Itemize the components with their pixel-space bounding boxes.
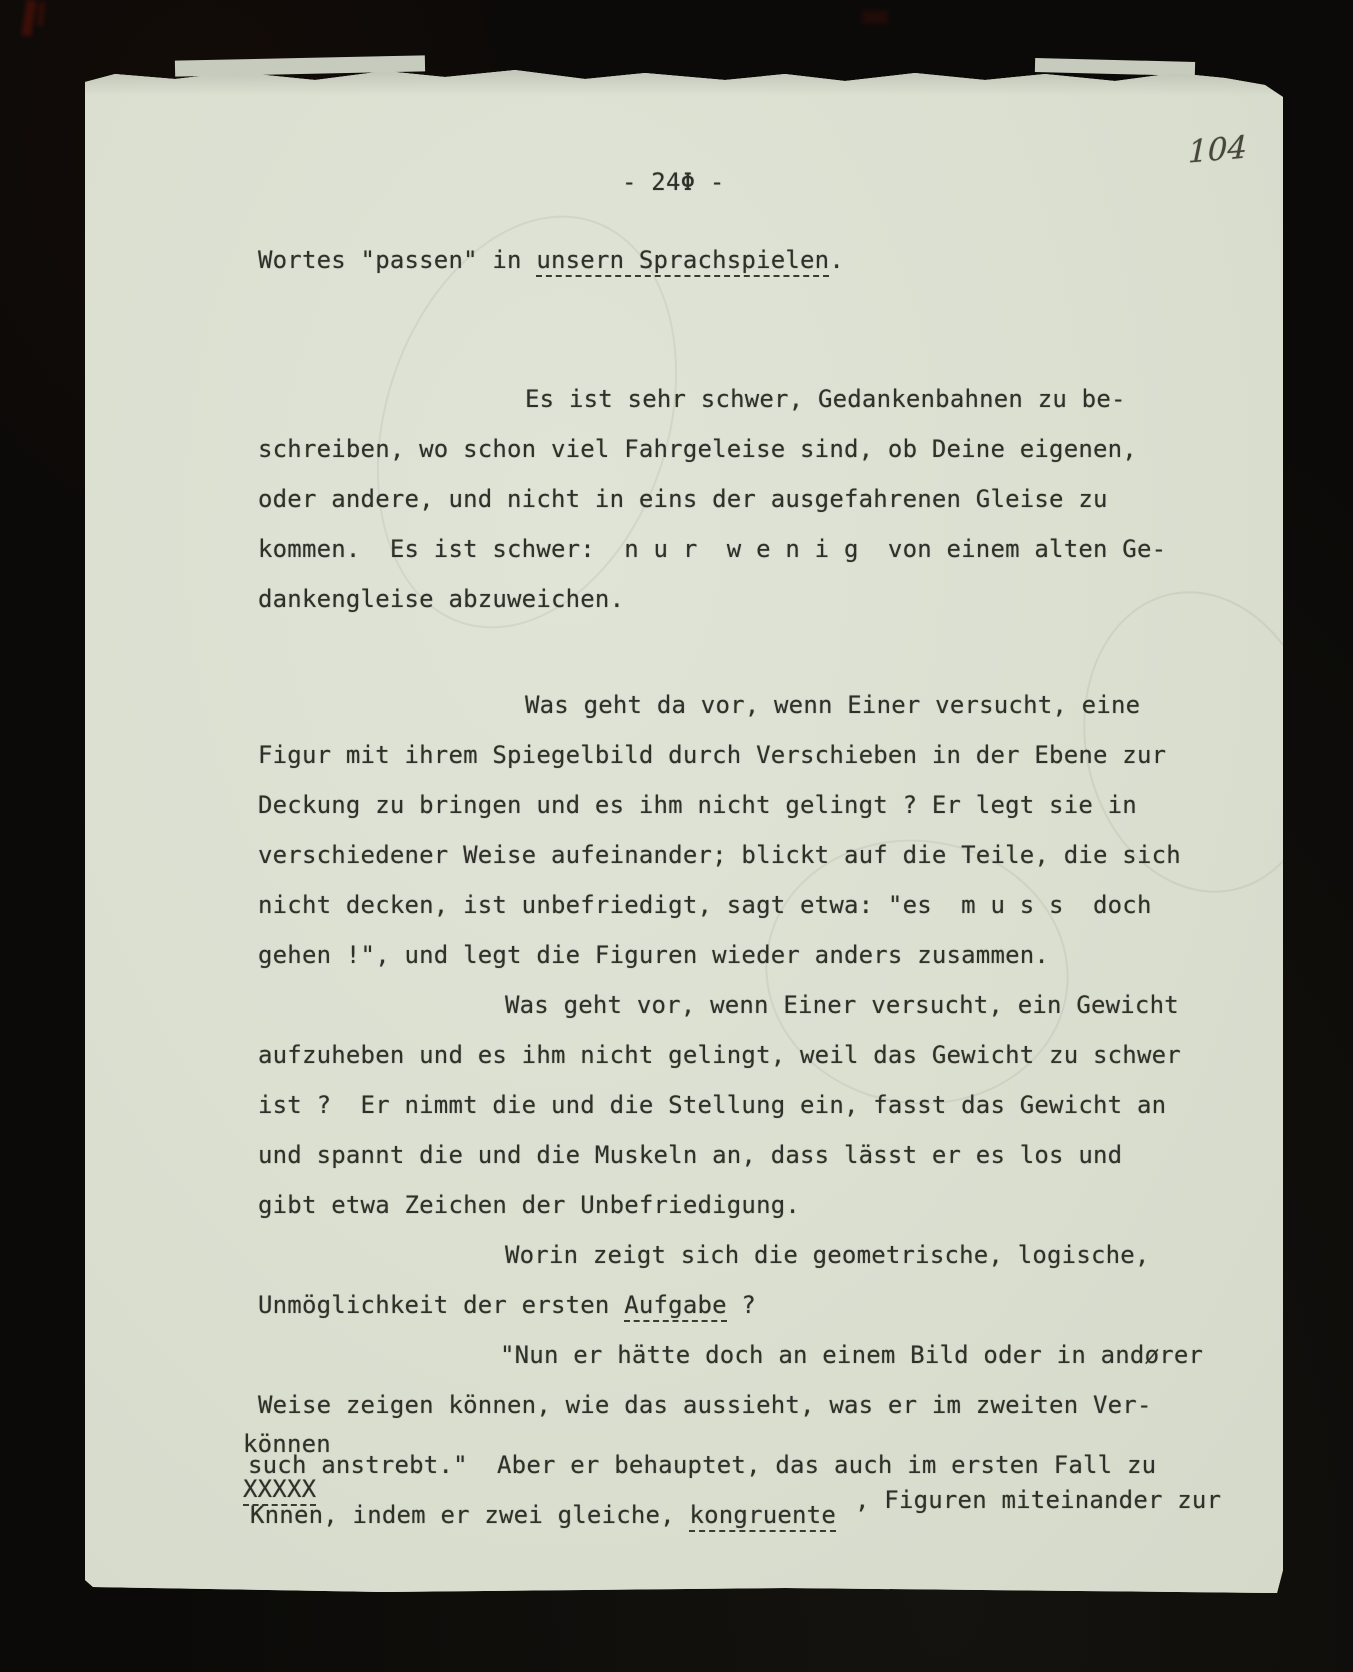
- typed-line: such anstrebt." Aber er behauptet, das a…: [248, 1453, 1156, 1477]
- typed-line: Was geht vor, wenn Einer versucht, ein G…: [505, 993, 1179, 1017]
- text-segment: gehen !", und legt die Figuren wieder an…: [258, 941, 1049, 969]
- typed-line: Was geht da vor, wenn Einer versucht, ei…: [525, 693, 1140, 717]
- typed-line: gehen !", und legt die Figuren wieder an…: [258, 943, 1049, 967]
- text-segment: Weise zeigen können, wie das aussieht, w…: [258, 1391, 1152, 1419]
- text-segment: such anstrebt." Aber er behauptet, das a…: [248, 1451, 1156, 1479]
- typed-line: Unmöglichkeit der ersten Aufgabe ?: [258, 1293, 756, 1317]
- typed-line: , Figuren miteinander zur: [855, 1488, 1221, 1512]
- typed-line: Weise zeigen können, wie das aussieht, w…: [258, 1393, 1152, 1417]
- typed-line: oder andere, und nicht in eins der ausge…: [258, 487, 1108, 511]
- text-segment: - 24Φ -: [622, 168, 725, 196]
- red-smudge: [862, 10, 888, 24]
- text-segment: Unmöglichkeit der ersten: [258, 1291, 624, 1319]
- text-segment: dankengleise abzuweichen.: [258, 585, 624, 613]
- typed-line: Figur mit ihrem Spiegelbild durch Versch…: [258, 743, 1166, 767]
- text-segment: aufzuheben und es ihm nicht gelingt, wei…: [258, 1041, 1181, 1069]
- typed-line: dankengleise abzuweichen.: [258, 587, 624, 611]
- typed-line: Wortes "passen" in unsern Sprachspielen.: [258, 248, 844, 272]
- underlined-text: kongruente: [689, 1501, 836, 1532]
- underlined-text: unsern Sprachspielen: [536, 246, 829, 277]
- text-segment: kommen. Es ist schwer: n u r w e n i g v…: [258, 535, 1166, 563]
- typed-line: kommen. Es ist schwer: n u r w e n i g v…: [258, 537, 1166, 561]
- text-segment: , Figuren miteinander zur: [855, 1486, 1221, 1514]
- typed-line: und spannt die und die Muskeln an, dass …: [258, 1143, 1122, 1167]
- text-segment: Worin zeigt sich die geometrische, logis…: [505, 1241, 1150, 1269]
- text-segment: oder andere, und nicht in eins der ausge…: [258, 485, 1108, 513]
- typed-line: schreiben, wo schon viel Fahrgeleise sin…: [258, 437, 1137, 461]
- text-segment: Knnen, indem er zwei gleiche,: [250, 1501, 689, 1529]
- text-segment: gibt etwa Zeichen der Unbefriedigung.: [258, 1191, 800, 1219]
- typed-line: Knnen, indem er zwei gleiche, kongruente: [250, 1503, 836, 1527]
- text-segment: und spannt die und die Muskeln an, dass …: [258, 1141, 1122, 1169]
- text-segment: Figur mit ihrem Spiegelbild durch Versch…: [258, 741, 1166, 769]
- typed-line: nicht decken, ist unbefriedigt, sagt etw…: [258, 893, 1152, 917]
- typed-strikeout: XXXXX: [243, 1477, 316, 1501]
- typed-line: verschiedener Weise aufeinander; blickt …: [258, 843, 1181, 867]
- text-segment: Deckung zu bringen und es ihm nicht geli…: [258, 791, 1137, 819]
- text-segment: ist ? Er nimmt die und die Stellung ein,…: [258, 1091, 1166, 1119]
- handwritten-page-number: 104: [1188, 129, 1248, 170]
- text-segment: Es ist sehr schwer, Gedankenbahnen zu be…: [525, 385, 1126, 413]
- text-segment: "Nun er hätte doch an einem Bild oder in…: [500, 1341, 1203, 1369]
- typed-text-block: - 24Φ -Wortes "passen" in unsern Sprachs…: [85, 70, 1283, 1595]
- text-segment: schreiben, wo schon viel Fahrgeleise sin…: [258, 435, 1137, 463]
- typed-line: aufzuheben und es ihm nicht gelingt, wei…: [258, 1043, 1181, 1067]
- text-segment: Was geht da vor, wenn Einer versucht, ei…: [525, 691, 1140, 719]
- typed-page-number: - 24Φ -: [622, 170, 725, 194]
- text-segment: ?: [727, 1291, 756, 1319]
- typed-line: Es ist sehr schwer, Gedankenbahnen zu be…: [525, 387, 1126, 411]
- text-segment: Was geht vor, wenn Einer versucht, ein G…: [505, 991, 1179, 1019]
- underlined-text: Aufgabe: [624, 1291, 727, 1322]
- typed-line: Deckung zu bringen und es ihm nicht geli…: [258, 793, 1137, 817]
- typed-line: gibt etwa Zeichen der Unbefriedigung.: [258, 1193, 800, 1217]
- typed-line: ist ? Er nimmt die und die Stellung ein,…: [258, 1093, 1166, 1117]
- text-segment: .: [829, 246, 844, 274]
- paper: - 24Φ -Wortes "passen" in unsern Sprachs…: [85, 70, 1283, 1595]
- typed-line: Worin zeigt sich die geometrische, logis…: [505, 1243, 1150, 1267]
- typed-line: "Nun er hätte doch an einem Bild oder in…: [500, 1343, 1203, 1367]
- text-segment: Wortes "passen" in: [258, 246, 536, 274]
- text-segment: nicht decken, ist unbefriedigt, sagt etw…: [258, 891, 1152, 919]
- text-segment: verschiedener Weise aufeinander; blickt …: [258, 841, 1181, 869]
